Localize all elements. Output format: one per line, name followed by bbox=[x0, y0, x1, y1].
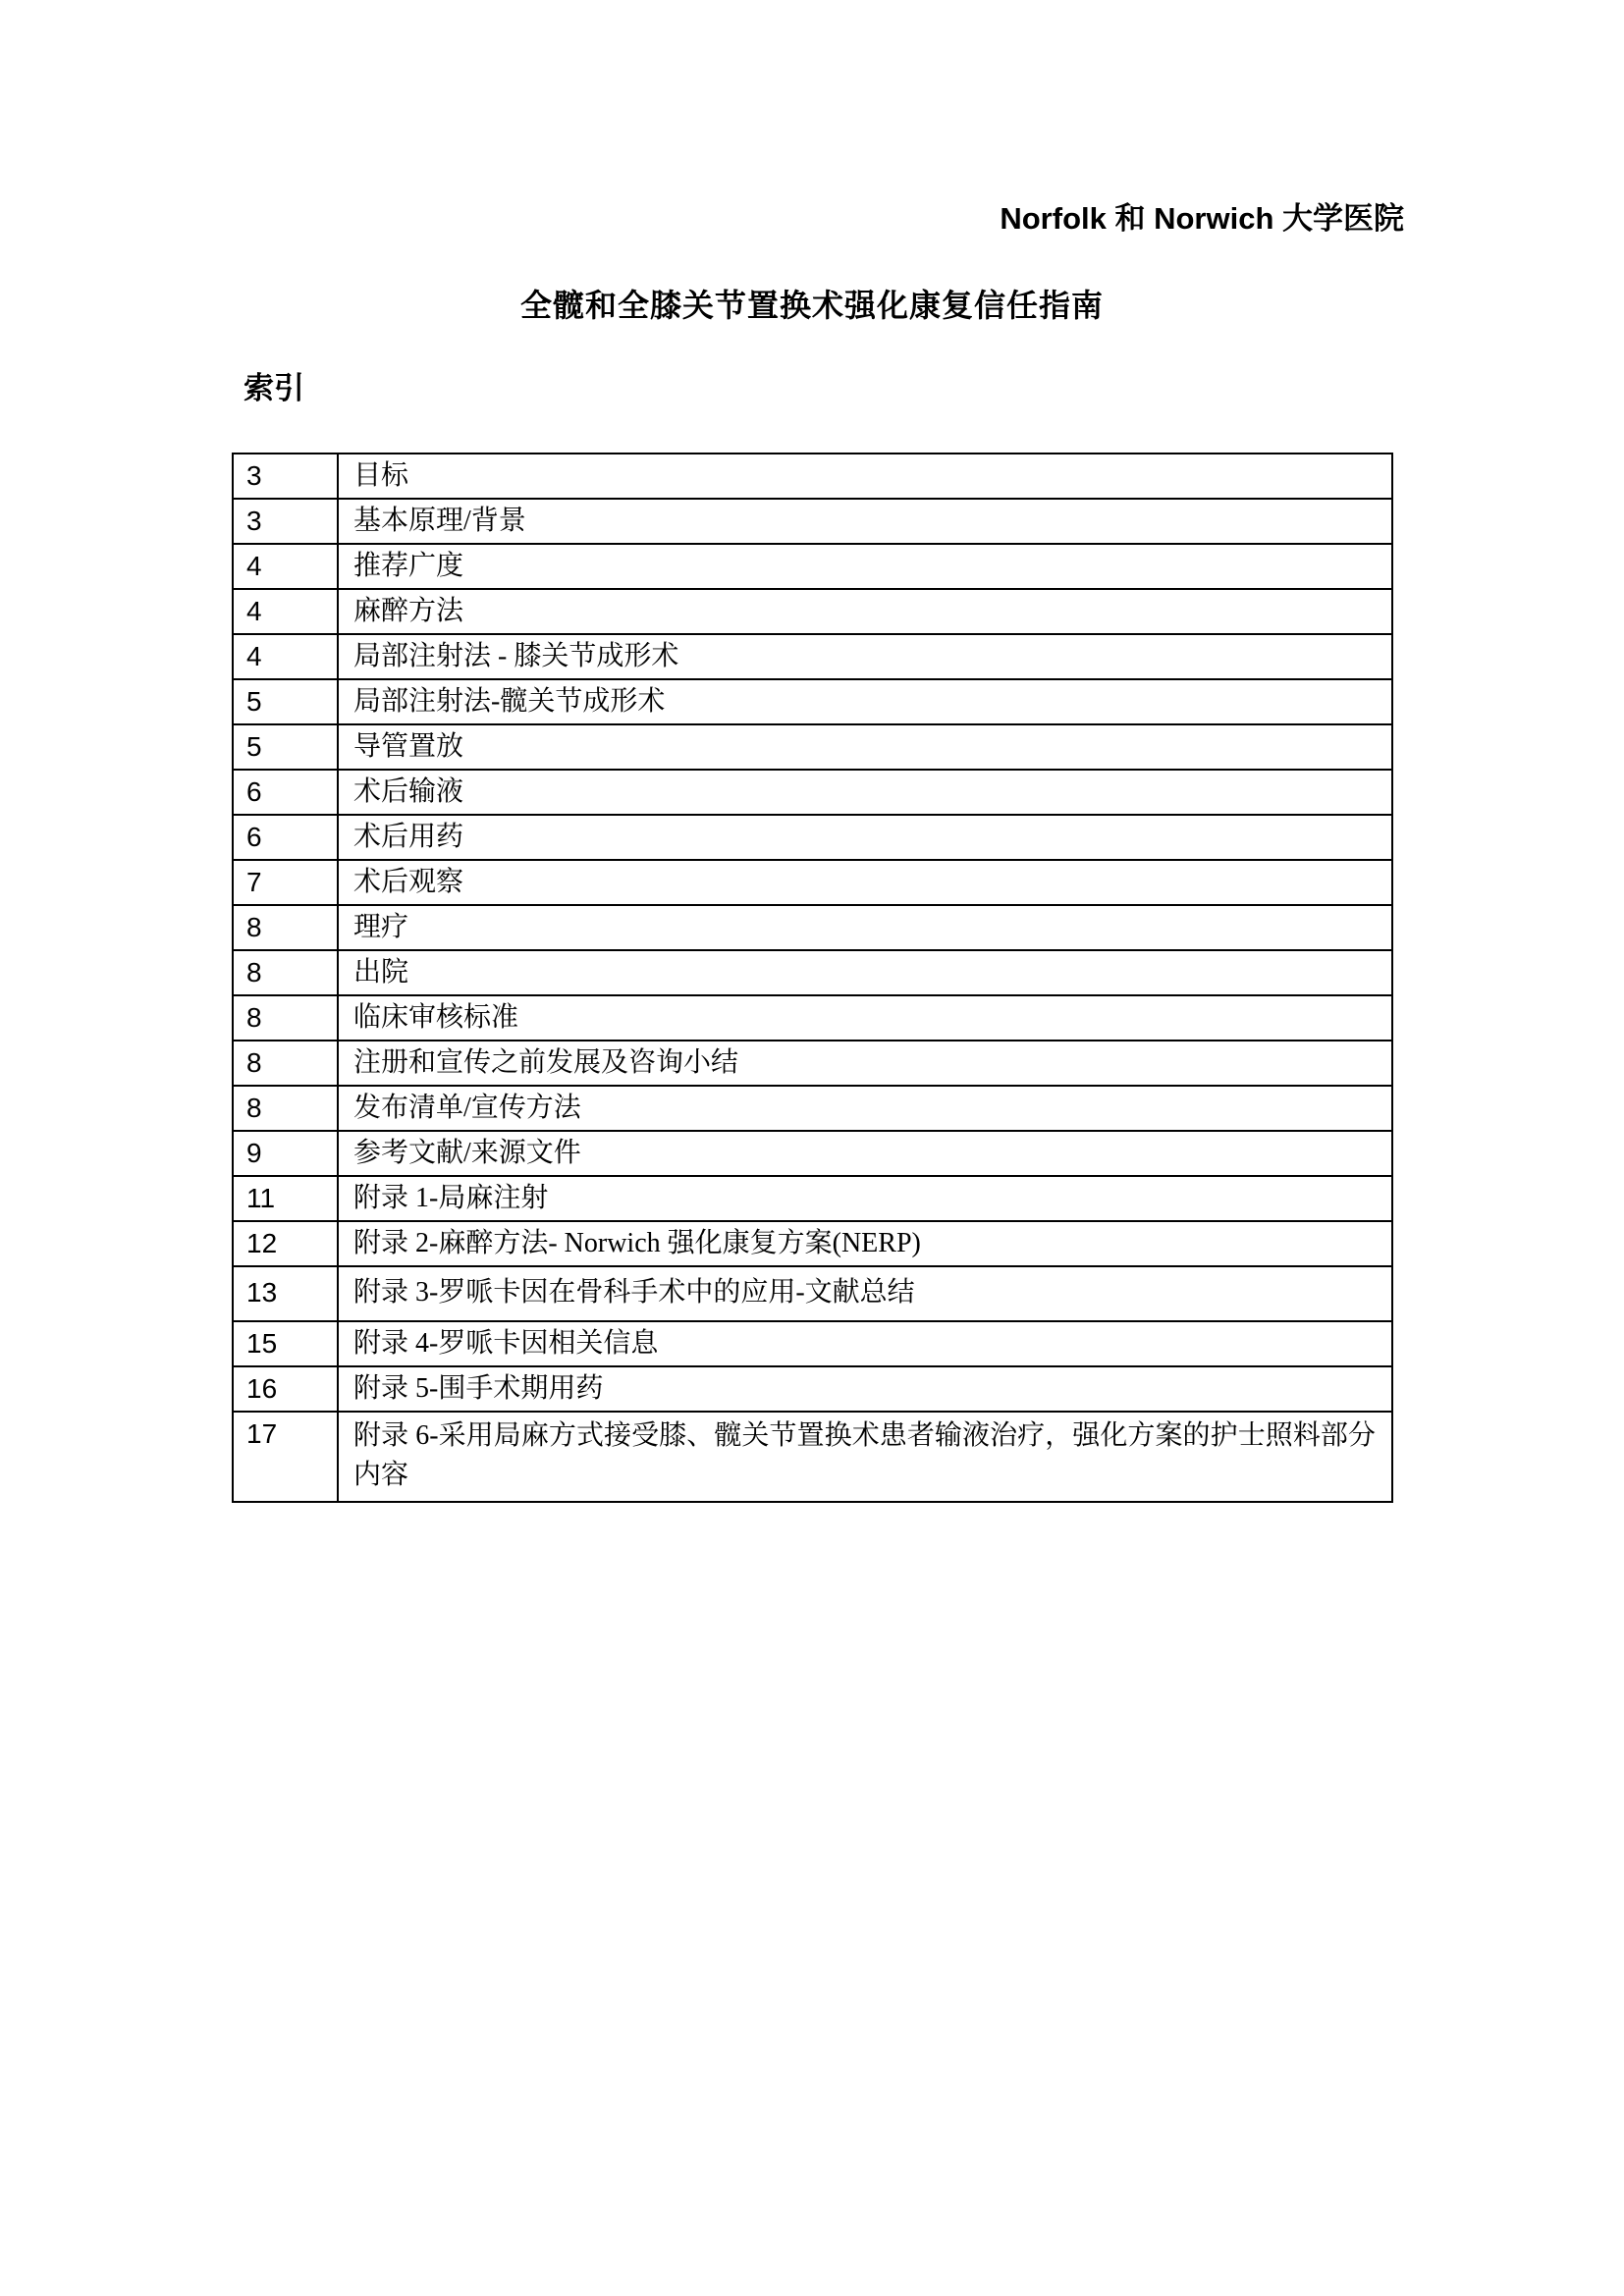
toc-entry-title: 基本原理/背景 bbox=[338, 499, 1392, 544]
toc-row: 8发布清单/宣传方法 bbox=[233, 1086, 1392, 1131]
toc-entry-title: 目标 bbox=[338, 454, 1392, 499]
toc-row: 3目标 bbox=[233, 454, 1392, 499]
toc-entry-title: 附录 4-罗哌卡因相关信息 bbox=[338, 1321, 1392, 1366]
toc-row: 4局部注射法 - 膝关节成形术 bbox=[233, 634, 1392, 679]
toc-page-number: 6 bbox=[233, 770, 338, 815]
toc-table: 3目标3基本原理/背景4推荐广度4麻醉方法4局部注射法 - 膝关节成形术5局部注… bbox=[232, 453, 1393, 1503]
toc-row: 16附录 5-围手术期用药 bbox=[233, 1366, 1392, 1412]
toc-page-number: 8 bbox=[233, 905, 338, 950]
toc-page-number: 4 bbox=[233, 634, 338, 679]
toc-entry-title: 临床审核标准 bbox=[338, 995, 1392, 1041]
toc-page-number: 4 bbox=[233, 544, 338, 589]
toc-page-number: 3 bbox=[233, 499, 338, 544]
toc-entry-title: 附录 5-围手术期用药 bbox=[338, 1366, 1392, 1412]
toc-entry-title: 出院 bbox=[338, 950, 1392, 995]
toc-entry-title: 术后观察 bbox=[338, 860, 1392, 905]
toc-row: 12附录 2-麻醉方法- Norwich 强化康复方案(NERP) bbox=[233, 1221, 1392, 1266]
toc-row: 17附录 6-采用局麻方式接受膝、髋关节置换术患者输液治疗，强化方案的护士照料部… bbox=[233, 1412, 1392, 1502]
toc-row: 8出院 bbox=[233, 950, 1392, 995]
toc-page-number: 13 bbox=[233, 1266, 338, 1321]
toc-entry-title: 局部注射法 - 膝关节成形术 bbox=[338, 634, 1392, 679]
toc-entry-title: 附录 1-局麻注射 bbox=[338, 1176, 1392, 1221]
index-heading: 索引 bbox=[244, 363, 304, 407]
toc-page-number: 3 bbox=[233, 454, 338, 499]
toc-page-number: 5 bbox=[233, 679, 338, 724]
toc-table-body: 3目标3基本原理/背景4推荐广度4麻醉方法4局部注射法 - 膝关节成形术5局部注… bbox=[233, 454, 1392, 1502]
toc-page-number: 6 bbox=[233, 815, 338, 860]
toc-row: 13附录 3-罗哌卡因在骨科手术中的应用-文献总结 bbox=[233, 1266, 1392, 1321]
toc-page-number: 15 bbox=[233, 1321, 338, 1366]
toc-row: 5局部注射法-髋关节成形术 bbox=[233, 679, 1392, 724]
toc-page-number: 9 bbox=[233, 1131, 338, 1176]
toc-row: 4推荐广度 bbox=[233, 544, 1392, 589]
toc-page-number: 16 bbox=[233, 1366, 338, 1412]
toc-entry-title: 参考文献/来源文件 bbox=[338, 1131, 1392, 1176]
toc-page-number: 7 bbox=[233, 860, 338, 905]
toc-entry-title: 推荐广度 bbox=[338, 544, 1392, 589]
toc-page-number: 12 bbox=[233, 1221, 338, 1266]
toc-entry-title: 注册和宣传之前发展及咨询小结 bbox=[338, 1041, 1392, 1086]
toc-row: 4麻醉方法 bbox=[233, 589, 1392, 634]
toc-entry-title: 附录 3-罗哌卡因在骨科手术中的应用-文献总结 bbox=[338, 1266, 1392, 1321]
toc-entry-title: 附录 2-麻醉方法- Norwich 强化康复方案(NERP) bbox=[338, 1221, 1392, 1266]
toc-entry-title: 局部注射法-髋关节成形术 bbox=[338, 679, 1392, 724]
toc-entry-title: 术后输液 bbox=[338, 770, 1392, 815]
toc-row: 9参考文献/来源文件 bbox=[233, 1131, 1392, 1176]
toc-entry-title: 理疗 bbox=[338, 905, 1392, 950]
toc-row: 6术后用药 bbox=[233, 815, 1392, 860]
toc-entry-title: 附录 6-采用局麻方式接受膝、髋关节置换术患者输液治疗，强化方案的护士照料部分内… bbox=[338, 1412, 1392, 1502]
toc-row: 6术后输液 bbox=[233, 770, 1392, 815]
toc-entry-title: 麻醉方法 bbox=[338, 589, 1392, 634]
toc-page-number: 8 bbox=[233, 950, 338, 995]
toc-row: 3基本原理/背景 bbox=[233, 499, 1392, 544]
toc-row: 11附录 1-局麻注射 bbox=[233, 1176, 1392, 1221]
toc-page-number: 8 bbox=[233, 1086, 338, 1131]
toc-page-number: 8 bbox=[233, 995, 338, 1041]
toc-page-number: 4 bbox=[233, 589, 338, 634]
toc-row: 8临床审核标准 bbox=[233, 995, 1392, 1041]
toc-page-number: 11 bbox=[233, 1176, 338, 1221]
toc-row: 8理疗 bbox=[233, 905, 1392, 950]
toc-entry-title: 发布清单/宣传方法 bbox=[338, 1086, 1392, 1131]
toc-row: 8注册和宣传之前发展及咨询小结 bbox=[233, 1041, 1392, 1086]
document-page: Norfolk 和 Norwich 大学医院 全髋和全膝关节置换术强化康复信任指… bbox=[0, 0, 1624, 2296]
document-title: 全髋和全膝关节置换术强化康复信任指南 bbox=[0, 281, 1624, 326]
toc-page-number: 8 bbox=[233, 1041, 338, 1086]
toc-row: 15附录 4-罗哌卡因相关信息 bbox=[233, 1321, 1392, 1366]
toc-page-number: 5 bbox=[233, 724, 338, 770]
toc-page-number: 17 bbox=[233, 1412, 338, 1502]
toc-row: 7术后观察 bbox=[233, 860, 1392, 905]
hospital-name-header: Norfolk 和 Norwich 大学医院 bbox=[1000, 193, 1404, 238]
toc-entry-title: 导管置放 bbox=[338, 724, 1392, 770]
toc-entry-title: 术后用药 bbox=[338, 815, 1392, 860]
toc-row: 5导管置放 bbox=[233, 724, 1392, 770]
